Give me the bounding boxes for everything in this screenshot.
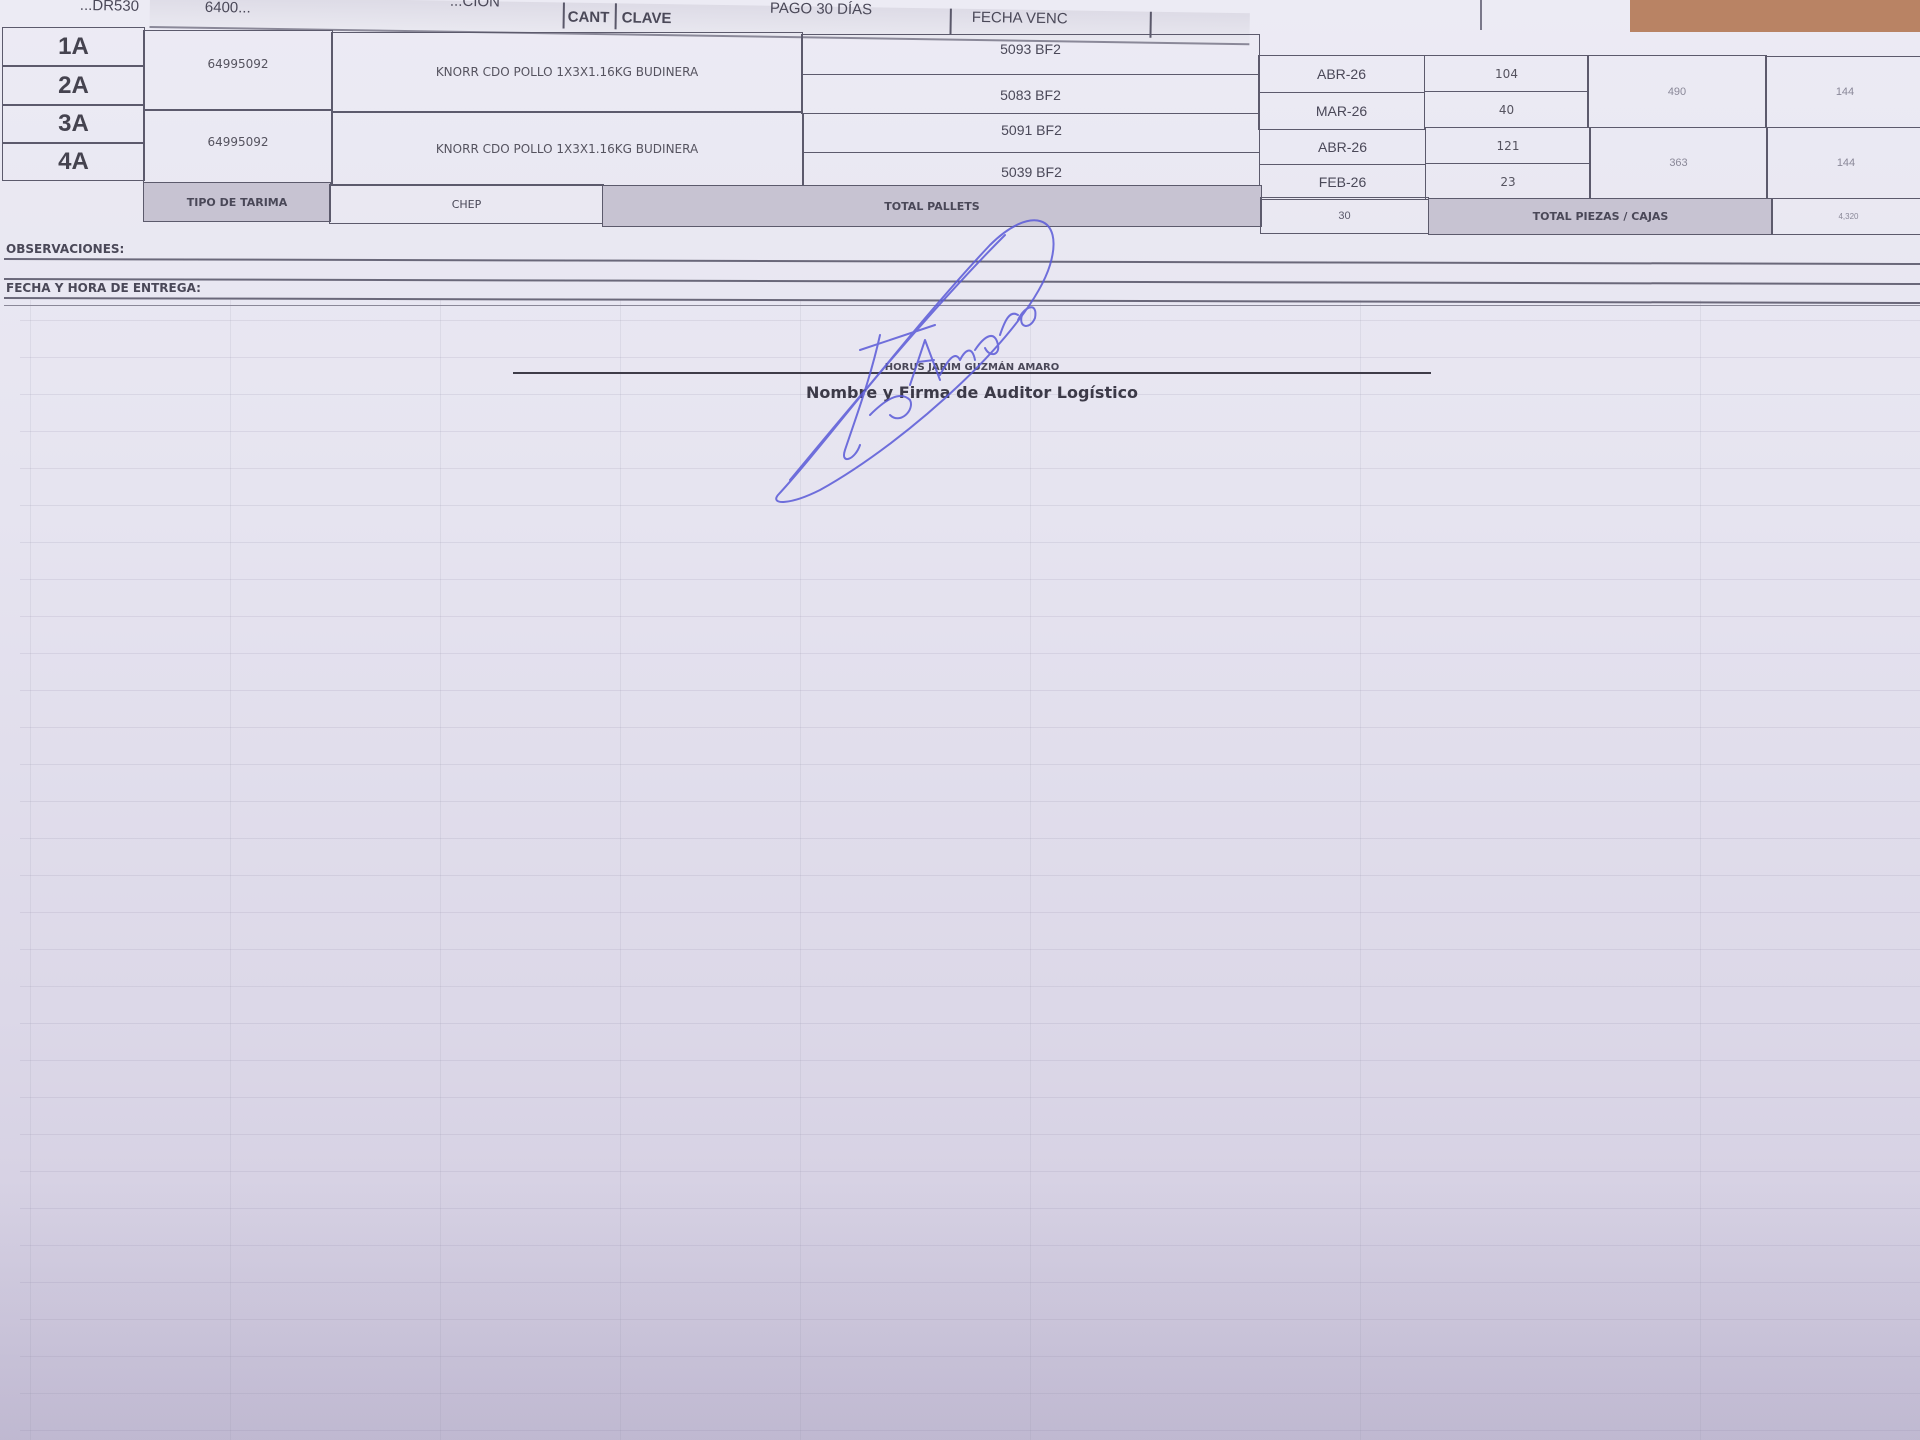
product-description: KNORR CDO POLLO 1X3X1.16KG BUDINERA <box>331 32 803 112</box>
ghost-row-line <box>20 949 1920 950</box>
desk-surface <box>1630 0 1920 32</box>
photo-shadow <box>0 1180 1920 1440</box>
expiry-date: MAR-26 <box>1258 92 1425 130</box>
per-pallet: 144 <box>1766 127 1920 199</box>
total-pallets-value: 30 <box>1260 197 1429 234</box>
under-fragment: FECHA VENC <box>972 9 1068 28</box>
row-label: 1A <box>2 27 145 66</box>
ghost-row-line <box>20 616 1920 617</box>
ghost-row-line <box>20 579 1920 580</box>
under-fragment: ...CION <box>450 0 500 10</box>
ghost-row-line <box>20 986 1920 987</box>
underlying-divider <box>1480 0 1482 30</box>
product-description: KNORR CDO POLLO 1X3X1.16KG BUDINERA <box>331 112 803 186</box>
ghost-row-line <box>20 542 1920 543</box>
lot-number: 5093 BF2 <box>801 34 1260 75</box>
product-code: 64995092 <box>143 30 333 110</box>
ghost-row-line <box>20 1023 1920 1024</box>
under-fragment: 6400... <box>205 0 251 17</box>
pallet-type-value: CHEP <box>329 184 604 224</box>
row-label: 3A <box>2 105 145 143</box>
ghost-row-line <box>20 727 1920 728</box>
ghost-row-line <box>20 764 1920 765</box>
observations-label: OBSERVACIONES: <box>6 242 124 256</box>
handwritten-signature <box>760 210 1090 510</box>
ghost-row-line <box>20 653 1920 654</box>
pallet-type-label: TIPO DE TARIMA <box>143 182 331 222</box>
expiry-date: ABR-26 <box>1259 129 1426 165</box>
row-label: 2A <box>2 66 145 105</box>
expiry-date: ABR-26 <box>1258 55 1425 93</box>
total-pieces-label: TOTAL PIEZAS / CAJAS <box>1428 198 1773 235</box>
quantity: 23 <box>1425 163 1591 200</box>
quantity: 121 <box>1425 127 1591 164</box>
under-fragment: CLAVE <box>622 9 672 27</box>
under-divider <box>949 9 951 35</box>
ghost-row-line <box>20 1171 1920 1172</box>
group-subtotal: 363 <box>1589 127 1768 199</box>
quantity: 40 <box>1424 91 1589 128</box>
lot-number: 5083 BF2 <box>801 74 1260 114</box>
ghost-row-line <box>20 838 1920 839</box>
under-fragment: ...DR530 <box>80 0 139 15</box>
total-pieces-value: 4,320 <box>1771 198 1920 235</box>
ghost-row-line <box>20 912 1920 913</box>
under-divider <box>563 2 565 28</box>
expiry-date: FEB-26 <box>1259 164 1426 200</box>
per-pallet: 144 <box>1765 56 1920 128</box>
lot-number: 5091 BF2 <box>803 113 1260 153</box>
product-code: 64995092 <box>143 110 333 184</box>
ghost-row-line <box>20 801 1920 802</box>
under-fragment: PAGO 30 DÍAS <box>770 0 873 18</box>
ghost-row-line <box>20 875 1920 876</box>
ghost-row-line <box>20 1134 1920 1135</box>
ghost-row-line <box>20 1097 1920 1098</box>
ghost-row-line <box>20 1060 1920 1061</box>
quantity: 104 <box>1424 55 1589 92</box>
ghost-row-line <box>20 690 1920 691</box>
row-label: 4A <box>2 143 145 181</box>
under-divider <box>615 3 617 29</box>
delivery-datetime-label: FECHA Y HORA DE ENTREGA: <box>6 281 201 295</box>
group-subtotal: 490 <box>1587 55 1767 128</box>
under-fragment: CANT <box>568 9 610 27</box>
